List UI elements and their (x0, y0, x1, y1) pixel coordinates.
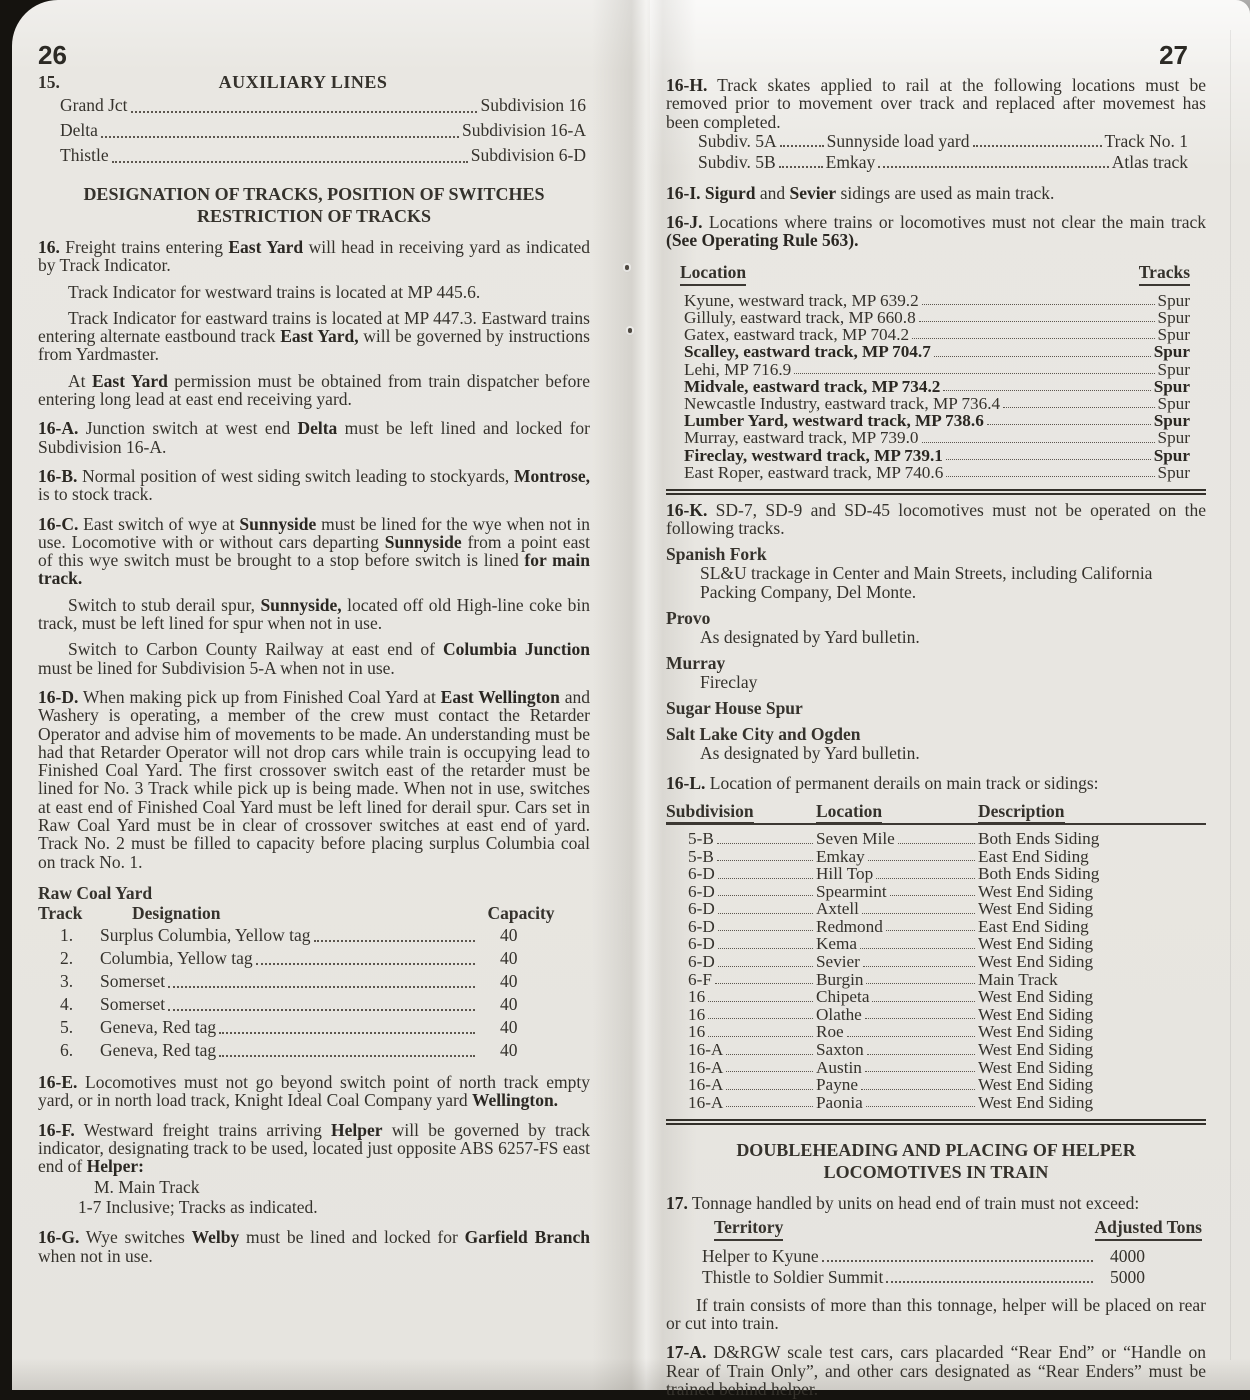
auxiliary-lines-list: Grand Jct Subdivision 16 Delta Subdivisi… (38, 93, 590, 168)
double-rule (666, 1119, 1206, 1125)
aux-line-subdivision: Subdivision 6-D (471, 143, 586, 168)
staple-top (625, 265, 629, 270)
dot-leader (779, 166, 823, 168)
aux-line-name: Delta (60, 118, 98, 143)
page-edge-line (1230, 30, 1231, 1360)
derail-location: Chipeta (816, 988, 869, 1006)
paragraph-16F: 16-F. Westward freight trains arriving H… (38, 1121, 590, 1176)
auxiliary-line-row: Thistle Subdivision 6-D (38, 143, 590, 168)
clearance-location: East Roper, eastward track, MP 740.6 (684, 464, 943, 481)
derail-row: 16 Roe West End Siding (666, 1023, 1206, 1041)
dot-leader (726, 1106, 813, 1107)
clearance-row: Kyune, westward track, MP 639.2 Spur (666, 292, 1206, 309)
tonnage-col-territory: Territory (714, 1217, 783, 1241)
derail-description: West End Siding (978, 1023, 1206, 1041)
clearance-track-type: Spur (1158, 429, 1190, 446)
derail-row: 6-D Spearmint West End Siding (666, 883, 1206, 901)
clearance-track-type: Spur (1158, 464, 1190, 481)
restricted-track-detail: SL&U trackage in Center and Main Streets… (666, 564, 1206, 602)
dot-leader (860, 948, 975, 949)
clearance-location: Lehi, MP 716.9 (684, 361, 791, 378)
derail-description: West End Siding (978, 1041, 1206, 1059)
raw-coal-designation: Columbia, Yellow tag (100, 947, 253, 970)
dot-leader (219, 1032, 475, 1034)
auxiliary-line-row: Delta Subdivision 16-A (38, 118, 590, 143)
derail-location: Kema (816, 935, 857, 953)
derail-row: 6-D Axtell West End Siding (666, 900, 1206, 918)
dot-leader (715, 983, 813, 984)
dot-leader (919, 321, 1155, 322)
clearance-track-type: Spur (1154, 343, 1190, 360)
clearance-location: Scalley, eastward track, MP 704.7 (684, 343, 931, 360)
derail-subdivision: 6-D (688, 935, 715, 953)
dot-leader (861, 1089, 975, 1090)
derail-location: Burgin (816, 971, 863, 989)
dot-leader (922, 442, 1155, 443)
clearance-location: Murray, eastward track, MP 739.0 (684, 429, 919, 446)
dot-leader (718, 913, 813, 914)
paragraph-16-eastward: Track Indicator for eastward trains is l… (38, 309, 590, 364)
derail-table-header: Subdivision Location Description (666, 800, 1206, 825)
derail-subdivision: 6-D (688, 865, 715, 883)
restricted-track-location: Sugar House Spur (666, 699, 1206, 718)
derail-subdivision: 16 (688, 1023, 705, 1041)
raw-coal-col-designation: Designation (100, 903, 452, 924)
dot-leader (973, 145, 1102, 147)
dot-leader (876, 878, 975, 879)
dot-leader (717, 860, 813, 861)
restricted-tracks-list: Spanish Fork SL&U trackage in Center and… (666, 545, 1206, 763)
derail-description: West End Siding (978, 935, 1206, 953)
derail-row: 16-A Paonia West End Siding (666, 1094, 1206, 1112)
clearance-location: Newcastle Industry, eastward track, MP 7… (684, 395, 1000, 412)
dot-leader (131, 111, 478, 113)
dot-leader (112, 161, 468, 163)
clearance-location: Midvale, eastward track, MP 734.2 (684, 378, 940, 395)
restricted-track-group: Murray Fireclay (666, 654, 1206, 692)
tonnage-territory: Thistle to Soldier Summit (702, 1267, 883, 1288)
paragraph-16B: 16-B. Normal position of west siding swi… (38, 467, 590, 504)
clearance-row: Gilluly, eastward track, MP 660.8 Spur (666, 309, 1206, 326)
dot-leader (822, 1260, 1093, 1262)
paragraph-16H: 16-H. Track skates applied to rail at th… (666, 76, 1206, 131)
derail-row: 6-D Kema West End Siding (666, 935, 1206, 953)
derail-location: Roe (816, 1023, 844, 1041)
derail-row: 16-A Saxton West End Siding (666, 1041, 1206, 1059)
tonnage-table: Helper to Kyune 4000 Thistle to Soldier … (666, 1246, 1206, 1288)
dot-leader (866, 1106, 975, 1107)
clearance-track-type: Spur (1158, 292, 1190, 309)
restricted-track-group: Salt Lake City and Ogden As designated b… (666, 725, 1206, 763)
derail-row: 16-A Payne West End Siding (666, 1076, 1206, 1094)
restricted-track-group: Provo As designated by Yard bulletin. (666, 609, 1206, 647)
skate-track: Atlas track (1112, 152, 1188, 173)
derail-row: 6-D Sevier West End Siding (666, 953, 1206, 971)
derail-row: 6-D Redmond East End Siding (666, 918, 1206, 936)
restricted-track-group: Sugar House Spur (666, 699, 1206, 718)
derail-row: 16 Olathe West End Siding (666, 1006, 1206, 1024)
derail-row: 6-F Burgin Main Track (666, 971, 1206, 989)
derail-location: Sevier (816, 953, 860, 971)
raw-coal-col-track: Track (38, 903, 100, 924)
paragraph-16: 16. Freight trains entering East Yard wi… (38, 238, 590, 275)
dot-leader (718, 878, 813, 879)
derail-description: West End Siding (978, 883, 1206, 901)
derail-description: West End Siding (978, 1094, 1206, 1112)
tonnage-table-header: Territory Adjusted Tons (666, 1217, 1206, 1241)
dot-leader (987, 424, 1151, 425)
derail-col-description: Description (978, 800, 1206, 825)
raw-coal-track-number: 2. (38, 947, 100, 970)
derail-subdivision: 16-A (688, 1059, 723, 1077)
raw-coal-designation: Surplus Columbia, Yellow tag (100, 924, 311, 947)
derail-description: West End Siding (978, 1059, 1206, 1077)
clearance-row: Murray, eastward track, MP 739.0 Spur (666, 429, 1206, 446)
derail-location: Olathe (816, 1006, 862, 1024)
derail-location: Paonia (816, 1094, 863, 1112)
dot-leader (219, 1055, 475, 1057)
paragraph-16E: 16-E. Locomotives must not go beyond swi… (38, 1073, 590, 1110)
clearance-track-type: Spur (1154, 412, 1190, 429)
raw-coal-designation: Somerset (100, 970, 165, 993)
track-skate-row: Subdiv. 5B Emkay Atlas track (666, 152, 1206, 173)
dot-leader (922, 304, 1155, 305)
dot-leader (868, 860, 975, 861)
raw-coal-yard-title: Raw Coal Yard (38, 883, 590, 903)
clearance-row: Newcastle Industry, eastward track, MP 7… (666, 395, 1206, 412)
derail-row: 5-B Emkay East End Siding (666, 848, 1206, 866)
dot-leader (878, 166, 1108, 168)
clearance-table-header: Location Tracks (666, 262, 1206, 286)
raw-coal-row: 5. Geneva, Red tag 40 (38, 1016, 590, 1039)
restricted-track-detail: As designated by Yard bulletin. (666, 628, 1206, 647)
clearance-location: Gatex, eastward track, MP 704.2 (684, 326, 909, 343)
dot-leader (890, 895, 975, 896)
section-15-auxiliary-lines: 15. AUXILIARY LINES (38, 72, 590, 93)
paragraph-17A: 17-A. D&RGW scale test cars, cars placar… (666, 1343, 1206, 1398)
dot-leader (726, 1071, 813, 1072)
derail-description: West End Siding (978, 1076, 1206, 1094)
designation-heading-line2: RESTRICTION OF TRACKS (38, 205, 590, 227)
derail-col-location: Location (816, 800, 978, 825)
derail-subdivision: 6-D (688, 953, 715, 971)
dot-leader (717, 843, 813, 844)
dot-leader (865, 1071, 975, 1072)
dot-leader (946, 476, 1154, 477)
derail-table: 5-B Seven Mile Both Ends Siding 5-B Emka… (666, 830, 1206, 1112)
derail-description: West End Siding (978, 988, 1206, 1006)
derail-location: Spearmint (816, 883, 887, 901)
skate-location: Emkay (826, 152, 876, 173)
derail-subdivision: 6-D (688, 918, 715, 936)
dot-leader (946, 459, 1151, 460)
raw-coal-capacity: 40 (478, 970, 590, 993)
clearance-track-type: Spur (1158, 309, 1190, 326)
page-number-26: 26 (38, 40, 590, 70)
scanned-timetable-spread: { "p26": { "num": "26", "s15": { "num": … (0, 0, 1250, 1400)
dot-leader (943, 390, 1150, 391)
dot-leader (794, 373, 1154, 374)
dot-leader (256, 963, 475, 965)
derail-location: Saxton (816, 1041, 864, 1059)
clearance-row: Fireclay, westward track, MP 739.1 Spur (666, 447, 1206, 464)
tonnage-value: 5000 (1096, 1267, 1206, 1288)
dot-leader (314, 940, 475, 942)
paragraph-16A: 16-A. Junction switch at west end Delta … (38, 419, 590, 456)
dot-leader (708, 1036, 813, 1037)
derail-description: Both Ends Siding (978, 830, 1206, 848)
raw-coal-designation: Somerset (100, 993, 165, 1016)
restricted-track-detail: As designated by Yard bulletin. (666, 744, 1206, 763)
raw-coal-track-number: 5. (38, 1016, 100, 1039)
derail-subdivision: 16-A (688, 1076, 723, 1094)
dot-leader (1003, 407, 1154, 408)
raw-coal-designation: Geneva, Red tag (100, 1039, 216, 1062)
raw-coal-designation: Geneva, Red tag (100, 1016, 216, 1039)
raw-coal-track-number: 3. (38, 970, 100, 993)
raw-coal-track-number: 1. (38, 924, 100, 947)
dot-leader (898, 843, 975, 844)
derail-subdivision: 16-A (688, 1041, 723, 1059)
dot-leader (168, 986, 475, 988)
raw-coal-row: 6. Geneva, Red tag 40 (38, 1039, 590, 1062)
paragraph-16-permission: At East Yard permission must be obtained… (38, 372, 590, 409)
paragraph-16J: 16-J. Locations where trains or locomoti… (666, 213, 1206, 250)
derail-subdivision: 16 (688, 988, 705, 1006)
tonnage-value: 4000 (1096, 1246, 1206, 1267)
derail-subdivision: 6-D (688, 883, 715, 901)
double-rule (666, 489, 1206, 495)
section-15-number: 15. (38, 72, 96, 93)
derail-description: Both Ends Siding (978, 865, 1206, 883)
paragraph-17: 17. Tonnage handled by units on head end… (666, 1194, 1206, 1212)
dot-leader (726, 1054, 813, 1055)
raw-coal-yard-table: 1. Surplus Columbia, Yellow tag 40 2. Co… (38, 924, 590, 1062)
restricted-track-location: Salt Lake City and Ogden (666, 725, 1206, 744)
aux-line-name: Grand Jct (60, 93, 128, 118)
helper-track-item-main: M. Main Track (38, 1178, 590, 1198)
dot-leader (872, 1001, 975, 1002)
raw-coal-capacity: 40 (478, 993, 590, 1016)
clearance-row: Gatex, eastward track, MP 704.2 Spur (666, 326, 1206, 343)
tonnage-row: Thistle to Soldier Summit 5000 (666, 1267, 1206, 1288)
clearance-location: Lumber Yard, westward track, MP 738.6 (684, 412, 984, 429)
dot-leader (708, 1001, 813, 1002)
clearance-col-location: Location (680, 262, 746, 286)
derail-description: East End Siding (978, 918, 1206, 936)
raw-coal-row: 3. Somerset 40 (38, 970, 590, 993)
page-27: 27 16-H. Track skates applied to rail at… (666, 40, 1206, 1398)
dot-leader (866, 983, 975, 984)
raw-coal-capacity: 40 (478, 1016, 590, 1039)
derail-row: 6-D Hill Top Both Ends Siding (666, 865, 1206, 883)
derail-description: West End Siding (978, 900, 1206, 918)
page-number-27: 27 (666, 40, 1206, 70)
derail-subdivision: 16-A (688, 1094, 723, 1112)
derail-description: Main Track (978, 971, 1206, 989)
tonnage-row: Helper to Kyune 4000 (666, 1246, 1206, 1267)
paragraph-16-westward: Track Indicator for westward trains is l… (38, 283, 590, 301)
dot-leader (865, 1018, 975, 1019)
restricted-track-location: Spanish Fork (666, 545, 1206, 564)
paragraph-16C: 16-C. East switch of wye at Sunnyside mu… (38, 515, 590, 588)
clearance-row: Lumber Yard, westward track, MP 738.6 Sp… (666, 412, 1206, 429)
dot-leader (912, 338, 1154, 339)
derail-subdivision: 6-F (688, 971, 712, 989)
paragraph-16I: 16-I. Sigurd and Sevier sidings are used… (666, 184, 1206, 202)
raw-coal-track-number: 6. (38, 1039, 100, 1062)
dot-leader (708, 1018, 813, 1019)
dot-leader (101, 136, 459, 138)
derail-subdivision: 5-B (688, 848, 714, 866)
restricted-track-location: Murray (666, 654, 1206, 673)
derail-location: Payne (816, 1076, 858, 1094)
clearance-location: Kyune, westward track, MP 639.2 (684, 292, 919, 309)
designation-heading-line1: DESIGNATION OF TRACKS, POSITION OF SWITC… (38, 183, 590, 205)
paragraph-16L: 16-L. Location of permanent derails on m… (666, 774, 1206, 792)
raw-coal-row: 1. Surplus Columbia, Yellow tag 40 (38, 924, 590, 947)
staple-bottom (628, 328, 632, 333)
track-skates-list: Subdiv. 5A Sunnyside load yard Track No.… (666, 131, 1206, 173)
clearance-track-type: Spur (1158, 326, 1190, 343)
raw-coal-track-number: 4. (38, 993, 100, 1016)
raw-coal-row: 2. Columbia, Yellow tag 40 (38, 947, 590, 970)
aux-line-subdivision: Subdivision 16 (480, 93, 586, 118)
dot-leader (718, 930, 813, 931)
raw-coal-capacity: 40 (478, 924, 590, 947)
derail-location: Hill Top (816, 865, 873, 883)
paragraph-16C-derail-spur: Switch to stub derail spur, Sunnyside, l… (38, 596, 590, 633)
raw-coal-capacity: 40 (478, 947, 590, 970)
paragraph-16G: 16-G. Wye switches Welby must be lined a… (38, 1228, 590, 1265)
clearance-row: Scalley, eastward track, MP 704.7 Spur (666, 343, 1206, 360)
clearance-row: Lehi, MP 716.9 Spur (666, 361, 1206, 378)
derail-subdivision: 16 (688, 1006, 705, 1024)
tonnage-col-adjusted-tons: Adjusted Tons (1095, 1217, 1203, 1241)
aux-line-subdivision: Subdivision 16-A (462, 118, 586, 143)
helper-track-item-1-7: 1-7 Inclusive; Tracks as indicated. (38, 1198, 590, 1218)
dot-leader (718, 895, 813, 896)
restricted-track-location: Provo (666, 609, 1206, 628)
clearance-location: Fireclay, westward track, MP 739.1 (684, 447, 943, 464)
clearance-track-type: Spur (1154, 378, 1190, 395)
clearance-row: Midvale, eastward track, MP 734.2 Spur (666, 378, 1206, 395)
restricted-track-group: Spanish Fork SL&U trackage in Center and… (666, 545, 1206, 602)
derail-row: 5-B Seven Mile Both Ends Siding (666, 830, 1206, 848)
dot-leader (847, 1036, 975, 1037)
clearance-track-type: Spur (1158, 395, 1190, 412)
dot-leader (726, 1089, 813, 1090)
derail-location: Axtell (816, 900, 859, 918)
raw-coal-capacity: 40 (478, 1039, 590, 1062)
derail-description: West End Siding (978, 1006, 1206, 1024)
dot-leader (863, 966, 975, 967)
track-skate-row: Subdiv. 5A Sunnyside load yard Track No.… (666, 131, 1206, 152)
paragraph-17-continuation: If train consists of more than this tonn… (666, 1296, 1206, 1333)
derail-subdivision: 6-D (688, 900, 715, 918)
page-26: 26 15. AUXILIARY LINES Grand Jct Subdivi… (38, 40, 590, 1265)
dot-leader (886, 930, 975, 931)
dot-leader (718, 966, 813, 967)
skate-subdivision: Subdiv. 5A (698, 131, 777, 152)
paragraph-16K: 16-K. SD-7, SD-9 and SD-45 locomotives m… (666, 501, 1206, 538)
clearance-col-tracks: Tracks (1139, 262, 1190, 286)
derail-location: Austin (816, 1059, 862, 1077)
derail-row: 16 Chipeta West End Siding (666, 988, 1206, 1006)
clearance-location: Gilluly, eastward track, MP 660.8 (684, 309, 916, 326)
auxiliary-line-row: Grand Jct Subdivision 16 (38, 93, 590, 118)
dot-leader (718, 948, 813, 949)
derail-location: Seven Mile (816, 830, 895, 848)
derail-description: West End Siding (978, 953, 1206, 971)
derail-location: Emkay (816, 848, 865, 866)
skate-location: Sunnyside load yard (827, 131, 970, 152)
tonnage-territory: Helper to Kyune (702, 1246, 819, 1267)
dot-leader (886, 1281, 1093, 1283)
derail-subdivision: 5-B (688, 830, 714, 848)
dot-leader (168, 1009, 475, 1011)
doubleheading-heading-line2: LOCOMOTIVES IN TRAIN (666, 1161, 1206, 1183)
aux-line-name: Thistle (60, 143, 109, 168)
clearance-track-type: Spur (1154, 447, 1190, 464)
derail-row: 16-A Austin West End Siding (666, 1059, 1206, 1077)
skate-subdivision: Subdiv. 5B (698, 152, 776, 173)
paragraph-16D: 16-D. When making pick up from Finished … (38, 688, 590, 871)
skate-track: Track No. 1 (1105, 131, 1188, 152)
dot-leader (862, 913, 975, 914)
raw-coal-row: 4. Somerset 40 (38, 993, 590, 1016)
dot-leader (934, 356, 1151, 357)
derail-col-subdivision: Subdivision (666, 800, 816, 825)
clearance-table: Kyune, westward track, MP 639.2 Spur Gil… (666, 292, 1206, 481)
raw-coal-yard-header: Track Designation Capacity (38, 903, 590, 924)
clearance-track-type: Spur (1158, 361, 1190, 378)
derail-location: Redmond (816, 918, 883, 936)
paragraph-16C-carbon-county: Switch to Carbon County Railway at east … (38, 640, 590, 677)
dot-leader (867, 1054, 975, 1055)
raw-coal-col-capacity: Capacity (452, 903, 590, 924)
dot-leader (780, 145, 824, 147)
derail-description: East End Siding (978, 848, 1206, 866)
restricted-track-detail: Fireclay (666, 673, 1206, 692)
auxiliary-lines-heading: AUXILIARY LINES (96, 72, 590, 93)
clearance-row: East Roper, eastward track, MP 740.6 Spu… (666, 464, 1206, 481)
doubleheading-heading-line1: DOUBLEHEADING AND PLACING OF HELPER (666, 1139, 1206, 1161)
